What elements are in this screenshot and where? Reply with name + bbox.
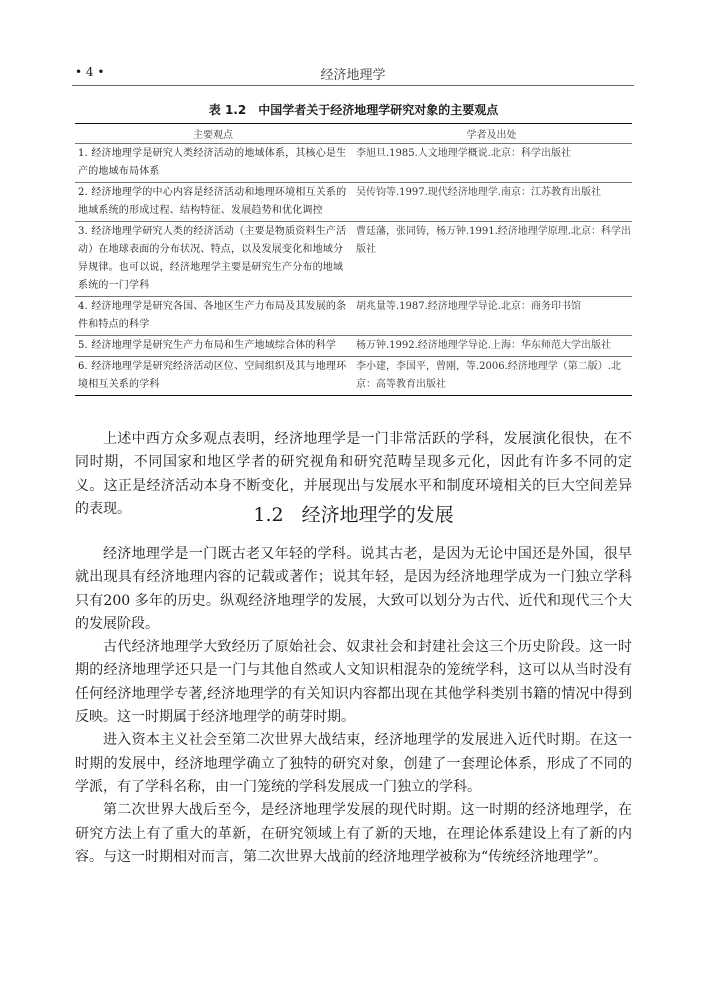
table-cell-view: 6. 经济地理学是研究经济活动区位、空间组织及其与地理环境相互关系的学科 <box>75 358 351 394</box>
column-header-source: 学者及出处 <box>351 126 632 141</box>
table-cell-source: 李旭旦.1985.人文地理学概说.北京：科学出版社 <box>351 145 632 181</box>
running-title: 经济地理学 <box>72 64 634 83</box>
paragraph: 进入资本主义社会至第二次世界大战结束，经济地理学的发展进入近代时期。在这一时期的… <box>75 729 632 799</box>
column-header-views: 主要观点 <box>75 126 351 141</box>
table-cell-source: 胡兆量等.1987.经济地理学导论.北京：商务印书馆 <box>351 298 632 334</box>
table-row: 2. 经济地理学的中心内容是经济活动和地理环境相互关系的地域系统的形成过程、结构… <box>75 183 632 222</box>
table-cell-view: 3. 经济地理学研究人类的经济活动（主要是物质资料生产活动）在地球表面的分布状况… <box>75 223 351 295</box>
table-caption: 表 1.2 中国学者关于经济地理学研究对象的主要观点 <box>75 101 632 118</box>
table-row: 4. 经济地理学是研究各国、各地区生产力布局及其发展的条件和特点的科学 胡兆量等… <box>75 297 632 336</box>
table-cell-source: 吴传钧等.1997.现代经济地理学.南京：江苏教育出版社 <box>351 184 632 220</box>
paragraph: 经济地理学是一门既古老又年轻的学科。说其古老，是因为无论中国还是外国，很早就出现… <box>75 543 632 636</box>
page-header: • 4 • 经济地理学 <box>72 62 634 86</box>
section-heading: 1.2经济地理学的发展 <box>75 500 632 527</box>
section-body: 经济地理学是一门既古老又年轻的学科。说其古老，是因为无论中国还是外国，很早就出现… <box>75 543 632 869</box>
table-header-row: 主要观点 学者及出处 <box>75 124 632 144</box>
table-cell-source: 李小建，李国平，曾刚，等.2006.经济地理学（第二版）.北京：高等教育出版社 <box>351 358 632 394</box>
table-row: 1. 经济地理学是研究人类经济活动的地域体系，其核心是生产的地域布局体系 李旭旦… <box>75 144 632 183</box>
table-row: 3. 经济地理学研究人类的经济活动（主要是物质资料生产活动）在地球表面的分布状况… <box>75 222 632 297</box>
table-cell-view: 1. 经济地理学是研究人类经济活动的地域体系，其核心是生产的地域布局体系 <box>75 145 351 181</box>
views-table: 主要观点 学者及出处 1. 经济地理学是研究人类经济活动的地域体系，其核心是生产… <box>75 123 632 396</box>
paragraph: 古代经济地理学大致经历了原始社会、奴隶社会和封建社会这三个历史阶段。这一时期的经… <box>75 636 632 729</box>
table-row: 5. 经济地理学是研究生产力布局和生产地域综合体的科学 杨万钟.1992.经济地… <box>75 336 632 357</box>
section-number: 1.2 <box>253 504 283 526</box>
table-cell-source: 杨万钟.1992.经济地理学导论.上海：华东师范大学出版社 <box>351 337 632 355</box>
table-cell-view: 4. 经济地理学是研究各国、各地区生产力布局及其发展的条件和特点的科学 <box>75 298 351 334</box>
table-cell-view: 2. 经济地理学的中心内容是经济活动和地理环境相互关系的地域系统的形成过程、结构… <box>75 184 351 220</box>
table-row: 6. 经济地理学是研究经济活动区位、空间组织及其与地理环境相互关系的学科 李小建… <box>75 357 632 395</box>
section-title-text: 经济地理学的发展 <box>302 504 454 526</box>
paragraph: 第二次世界大战后至今，是经济地理学发展的现代时期。这一时期的经济地理学，在研究方… <box>75 799 632 869</box>
table-cell-source: 曹廷藩，张同铸，杨万钟.1991.经济地理学原理.北京：科学出版社 <box>351 223 632 295</box>
table-cell-view: 5. 经济地理学是研究生产力布局和生产地域综合体的科学 <box>75 337 351 355</box>
